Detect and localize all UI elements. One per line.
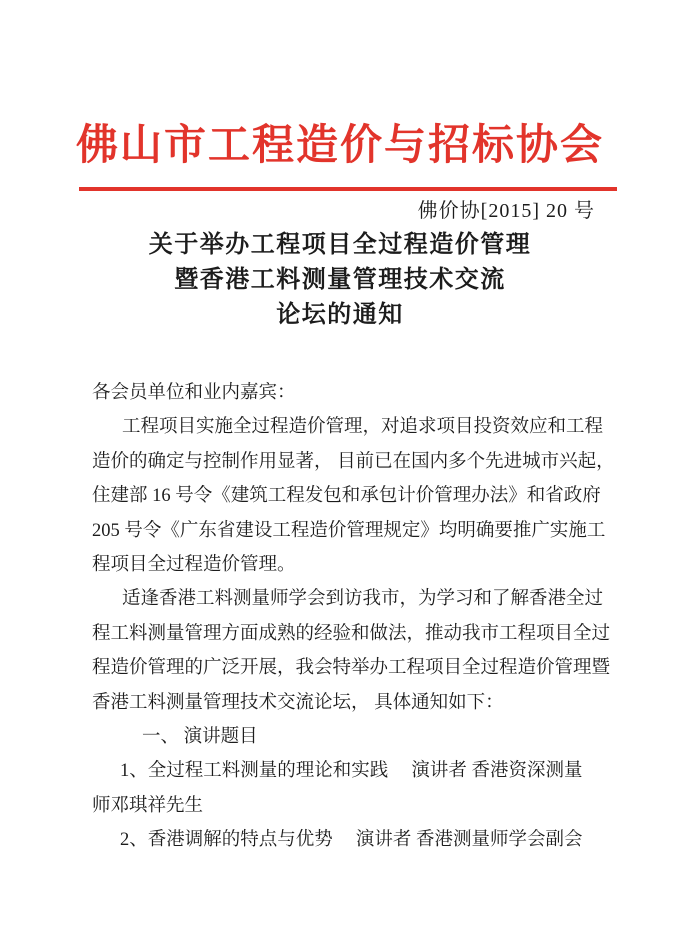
body-line: 师邓琪祥先生 [92, 789, 604, 823]
document-page: 佛山市工程造价与招标协会 佛价协[2015] 20 号 关于举办工程项目全过程造… [0, 0, 680, 935]
red-divider-rule [79, 187, 617, 191]
doc-number: 佛价协[2015] 20 号 [0, 194, 595, 223]
body-line: 程工料测量管理方面成熟的经验和做法，推动我市工程项目全过 [92, 617, 604, 651]
doc-title-line-2: 暨香港工料测量管理技术交流 [0, 263, 680, 298]
body-line: 适逢香港工料测量师学会到访我市，为学习和了解香港全过 [92, 582, 604, 616]
body-list-item: 1、全过程工料测量的理论和实践 演讲者 香港资深测量 [92, 754, 604, 788]
doc-title: 关于举办工程项目全过程造价管理 暨香港工料测量管理技术交流 论坛的通知 [0, 228, 680, 333]
body-line: 造价的确定与控制作用显著， 目前已在国内多个先进城市兴起， [92, 445, 604, 479]
body-greeting-line: 各会员单位和业内嘉宾： [92, 376, 604, 410]
body-line: 工程项目实施全过程造价管理，对追求项目投资效应和工程 [92, 410, 604, 444]
body-text: 各会员单位和业内嘉宾： 工程项目实施全过程造价管理，对追求项目投资效应和工程 造… [92, 376, 604, 857]
body-line: 程项目全过程造价管理。 [92, 548, 604, 582]
body-line: 香港工料测量管理技术交流论坛， 具体通知如下： [92, 686, 604, 720]
header-org-name: 佛山市工程造价与招标协会 [0, 112, 680, 172]
body-line: 205 号令《广东省建设工程造价管理规定》均明确要推广实施工 [92, 514, 604, 548]
body-list-item: 2、香港调解的特点与优势 演讲者 香港测量师学会副会 [92, 823, 604, 857]
doc-title-line-1: 关于举办工程项目全过程造价管理 [0, 228, 680, 263]
body-section-heading: 一、 演讲题目 [92, 720, 604, 754]
doc-title-line-3: 论坛的通知 [0, 298, 680, 333]
body-line: 住建部 16 号令《建筑工程发包和承包计价管理办法》和省政府 [92, 479, 604, 513]
body-line: 程造价管理的广泛开展，我会特举办工程项目全过程造价管理暨 [92, 651, 604, 685]
